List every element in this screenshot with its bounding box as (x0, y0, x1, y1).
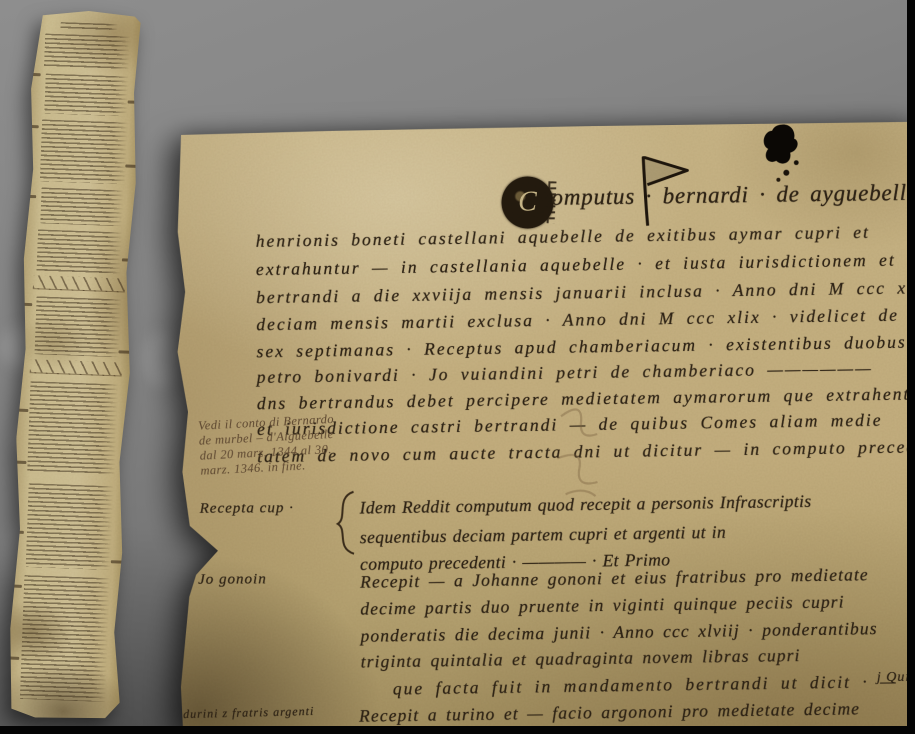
scroll-text-block (26, 483, 115, 570)
scroll-margin-note (118, 350, 131, 353)
manuscript-photograph: C omputus · bernardi · de ayguebello dom… (0, 0, 915, 734)
scroll-text-block (40, 119, 129, 184)
manuscript-line: bertrandi a die xxviija mensis januarii … (256, 278, 915, 307)
scroll-margin-note (128, 100, 141, 103)
scroll-margin-note (8, 656, 19, 659)
scroll-margin-note (15, 461, 26, 464)
scroll-margin-note (25, 195, 36, 198)
manuscript-line: triginta quintalia et quadraginta novem … (361, 646, 801, 672)
scroll-text-block (40, 187, 124, 226)
photo-frame-edge (907, 0, 915, 734)
scroll-text-block (27, 381, 119, 476)
manuscript-line: Recepit a turino et — facio argononi pro… (359, 699, 860, 726)
account-roll-thumbnail (31, 11, 147, 719)
manuscript-line: deciam mensis martii exclusa · Anno dni … (256, 305, 915, 335)
membrane-seam-stitching (33, 275, 125, 292)
manuscript-line: petro bonivardi · Jo vuiandini petri de … (257, 359, 873, 387)
scroll-text-block (36, 229, 122, 274)
manuscript-line: sex septimanas · Receptus apud chamberia… (256, 332, 915, 362)
parchment-page: C omputus · bernardi · de ayguebello dom… (173, 122, 915, 734)
ink-blot (756, 123, 808, 185)
photo-frame-edge (0, 726, 915, 734)
manuscript-line: decime partis duo pruente in viginti qui… (360, 592, 845, 618)
scroll-margin-note (125, 164, 138, 167)
manuscript-line: sequentibus deciam partem cupri et argen… (360, 523, 727, 548)
parchment-roll (5, 9, 147, 721)
scroll-text-block (44, 73, 129, 116)
manuscript-line: ponderatis die decima junii · Anno ccc x… (360, 619, 877, 646)
manuscript-line: que facta fuit in mandamento bertrandi u… (393, 672, 898, 699)
manuscript-line: Idem Reddit computum quod recepit a pers… (360, 492, 812, 518)
scroll-margin-note (17, 409, 28, 412)
membrane-seam-stitching (30, 359, 122, 376)
manuscript-detail-view: C omputus · bernardi · de ayguebello dom… (173, 122, 915, 734)
scroll-margin-note (30, 73, 41, 76)
margin-heading-recepta: Recepta cup · (200, 501, 294, 517)
scroll-text-block (34, 296, 122, 357)
scroll-margin-note (21, 303, 32, 306)
manuscript-line: extrahuntur — in castellania aquebelle ·… (256, 250, 915, 279)
scroll-margin-note (11, 585, 22, 588)
scroll-text-block (20, 575, 111, 702)
scroll-margin-note (28, 125, 39, 128)
scroll-margin-note (122, 258, 135, 261)
archivist-margin-note: Vedi il conto di Bernardo de murbel – d'… (198, 410, 379, 479)
margin-heading-argenti: durini z fratris argenti (183, 705, 315, 720)
scroll-text-block (44, 33, 131, 70)
manuscript-line: henrionis boneti castellani aquebelle de… (256, 223, 870, 251)
paragraph-bracket-flourish (328, 488, 358, 558)
scroll-margin-note (111, 560, 124, 563)
scroll-heading-line (60, 22, 118, 32)
margin-heading-gononi: Jo gonoin (198, 572, 267, 587)
account-heading: omputus · bernardi · de ayguebello domi (551, 180, 915, 209)
initial-letter: C (518, 188, 537, 216)
